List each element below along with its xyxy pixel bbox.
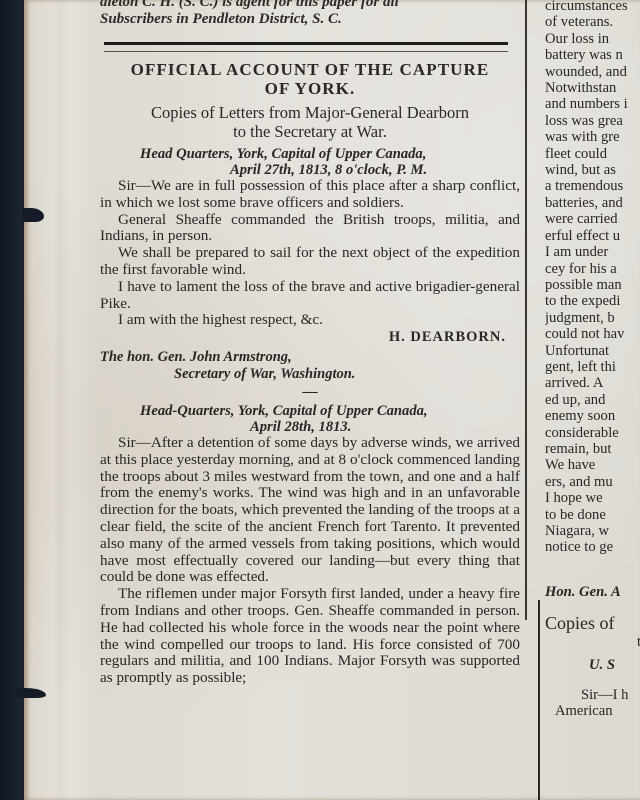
- right-line: cey for his a: [545, 261, 640, 277]
- headline: OFFICIAL ACCOUNT OF THE CAPTURE OF YORK.: [100, 60, 520, 98]
- right-line: wind, but as: [545, 162, 640, 178]
- dateline-line: Head Quarters, York, Capital of Upper Ca…: [100, 146, 520, 162]
- section-divider: [104, 42, 508, 45]
- letter2-paragraph: Sir—After a detention of some days by ad…: [100, 435, 520, 586]
- letter2-paragraph: The riflemen under major Forsyth first l…: [100, 586, 520, 687]
- right-dateline: U. S: [545, 657, 640, 673]
- notice-line: Subscribers in Pendleton District, S. C.: [100, 11, 520, 28]
- right-line: circumstances: [545, 0, 640, 14]
- right-line: arrived. A: [545, 375, 640, 391]
- right-line: were carried: [545, 211, 640, 227]
- right-subheadline: Copies of: [545, 612, 640, 634]
- letter1-closing: I am with the highest respect, &c.: [100, 312, 520, 329]
- dateline-line: April 27th, 1813, 8 o'clock, P. M.: [100, 162, 520, 178]
- paper-fold-crease: [52, 0, 70, 800]
- right-column: circumstances of veterans. Our loss in b…: [545, 0, 640, 720]
- right-line: Notwithstan: [545, 80, 640, 96]
- column-rule: [538, 600, 540, 800]
- letter1-addressee: The hon. Gen. John Armstrong, Secretary …: [100, 349, 520, 383]
- headline-line: OFFICIAL ACCOUNT OF THE CAPTURE: [100, 60, 520, 79]
- headline-line: OF YORK.: [100, 79, 520, 98]
- right-line: loss was grea: [545, 113, 640, 129]
- addressee-line: The hon. Gen. John Armstrong,: [100, 349, 520, 366]
- right-line: battery was n: [545, 47, 640, 63]
- right-line: judgment, b: [545, 310, 640, 326]
- right-line: gent, left thi: [545, 359, 640, 375]
- letter1-paragraph: Sir—We are in full possession of this pl…: [100, 178, 520, 212]
- right-line: a tremendous: [545, 178, 640, 194]
- right-line: of veterans.: [545, 14, 640, 30]
- subheadline: Copies of Letters from Major-General Dea…: [100, 103, 520, 141]
- section-divider: [104, 51, 508, 52]
- right-line: ed up, and: [545, 392, 640, 408]
- right-line: considerable: [545, 425, 640, 441]
- right-line: to the expedi: [545, 293, 640, 309]
- letter1-paragraph: I have to lament the loss of the brave a…: [100, 279, 520, 313]
- right-line: Our loss in: [545, 31, 640, 47]
- subheadline-line: Copies of Letters from Major-General Dea…: [100, 103, 520, 122]
- right-line: erful effect u: [545, 228, 640, 244]
- right-line: could not hav: [545, 326, 640, 342]
- letter1-signature: H. DEARBORN.: [100, 329, 520, 346]
- notice-line: dleton C. H. (S. C.) is agent for this p…: [100, 0, 520, 11]
- letter2-dateline: Head-Quarters, York, Capital of Upper Ca…: [100, 403, 520, 435]
- right-line: fleet could: [545, 146, 640, 162]
- column-rule: [525, 0, 527, 620]
- letter-separator: —: [100, 386, 520, 398]
- main-column: dleton C. H. (S. C.) is agent for this p…: [100, 0, 520, 687]
- agent-notice: dleton C. H. (S. C.) is agent for this p…: [100, 0, 520, 28]
- right-body-line: American: [545, 703, 640, 719]
- letter1-dateline: Head Quarters, York, Capital of Upper Ca…: [100, 146, 520, 178]
- paper-tear: [22, 208, 44, 222]
- right-body-line: Sir—I h: [545, 687, 640, 703]
- right-line: notice to ge: [545, 539, 640, 555]
- letter1-paragraph: We shall be prepared to sail for the nex…: [100, 245, 520, 279]
- right-line: to be done: [545, 507, 640, 523]
- right-subheadline: t: [545, 634, 640, 650]
- right-line: I hope we: [545, 490, 640, 506]
- letter1-paragraph: General Sheaffe commanded the British tr…: [100, 212, 520, 246]
- right-line: wounded, and: [545, 64, 640, 80]
- right-line: and numbers i: [545, 96, 640, 112]
- right-line: Niagara, w: [545, 523, 640, 539]
- right-line: enemy soon: [545, 408, 640, 424]
- addressee-line: Secretary of War, Washington.: [100, 366, 520, 383]
- right-addressee: Hon. Gen. A: [545, 584, 640, 600]
- right-line: Unfortunat: [545, 343, 640, 359]
- right-line: possible man: [545, 277, 640, 293]
- dateline-line: Head-Quarters, York, Capital of Upper Ca…: [100, 403, 520, 419]
- right-line: I am under: [545, 244, 640, 260]
- dateline-line: April 28th, 1813.: [100, 419, 520, 435]
- right-line: ers, and mu: [545, 474, 640, 490]
- subheadline-line: to the Secretary at War.: [100, 122, 520, 141]
- right-line: was with gre: [545, 129, 640, 145]
- right-line: batteries, and: [545, 195, 640, 211]
- right-line: remain, but: [545, 441, 640, 457]
- right-line: We have: [545, 457, 640, 473]
